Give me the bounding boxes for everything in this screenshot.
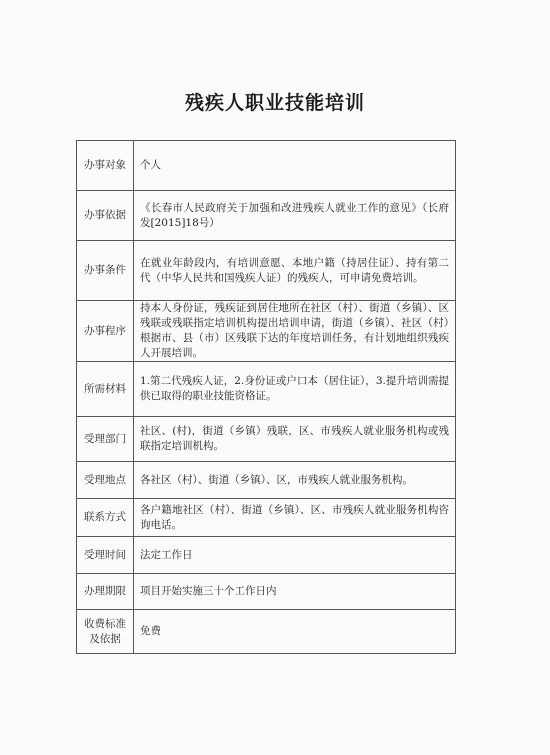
row-value: 各户籍地社区（村）、街道（乡镇）、区、市残疾人就业服务机构咨询电话。 [134,499,456,537]
table-row: 办事对象 个人 [77,141,456,191]
row-label: 受理地点 [77,462,134,499]
table-row: 办事程序 持本人身份证，残疾证到居住地所在社区（村）、街道（乡镇）、区残联或残联… [77,301,456,362]
row-value: 在就业年龄段内，有培训意愿、本地户籍（持居住证）、持有第二代（中华人民共和国残疾… [134,241,456,301]
row-label: 受理部门 [77,417,134,462]
row-value: 法定工作日 [134,537,456,574]
row-value: 项目开始实施三十个工作日内 [134,574,456,610]
table-row: 收费标准及依据 免费 [77,610,456,654]
row-label: 办事对象 [77,141,134,191]
table-row: 受理部门 社区、(村)，街道（乡镇）残联，区、市残疾人就业服务机构或残联指定培训… [77,417,456,462]
table-row: 联系方式 各户籍地社区（村）、街道（乡镇）、区、市残疾人就业服务机构咨询电话。 [77,499,456,537]
row-label: 受理时间 [77,537,134,574]
table-row: 办事条件 在就业年龄段内，有培训意愿、本地户籍（持居住证）、持有第二代（中华人民… [77,241,456,301]
row-label: 所需材料 [77,362,134,417]
row-label: 办事依据 [77,191,134,241]
row-label: 收费标准及依据 [77,610,134,654]
row-label: 联系方式 [77,499,134,537]
row-label: 办事程序 [77,301,134,362]
row-value: 社区、(村)，街道（乡镇）残联，区、市残疾人就业服务机构或残联指定培训机构。 [134,417,456,462]
page-title: 残疾人职业技能培训 [0,88,550,115]
table-row: 办事依据 《长春市人民政府关于加强和改进残疾人就业工作的意见》（长府发[2015… [77,191,456,241]
table-row: 办理期限 项目开始实施三十个工作日内 [77,574,456,610]
info-table: 办事对象 个人 办事依据 《长春市人民政府关于加强和改进残疾人就业工作的意见》（… [76,140,456,654]
row-value: 持本人身份证，残疾证到居住地所在社区（村）、街道（乡镇）、区残联或残联指定培训机… [134,301,456,362]
table-row: 受理时间 法定工作日 [77,537,456,574]
row-label: 办事条件 [77,241,134,301]
table-row: 受理地点 各社区（村）、街道（乡镇）、区，市残疾人就业服务机构。 [77,462,456,499]
table-row: 所需材料 1.第二代残疾人证，2.身份证或户口本（居住证），3.提升培训需提供已… [77,362,456,417]
row-value: 1.第二代残疾人证，2.身份证或户口本（居住证），3.提升培训需提供已取得的职业… [134,362,456,417]
row-value: 个人 [134,141,456,191]
row-label: 办理期限 [77,574,134,610]
row-value: 《长春市人民政府关于加强和改进残疾人就业工作的意见》（长府发[2015]18号） [134,191,456,241]
row-value: 各社区（村）、街道（乡镇）、区，市残疾人就业服务机构。 [134,462,456,499]
row-value: 免费 [134,610,456,654]
